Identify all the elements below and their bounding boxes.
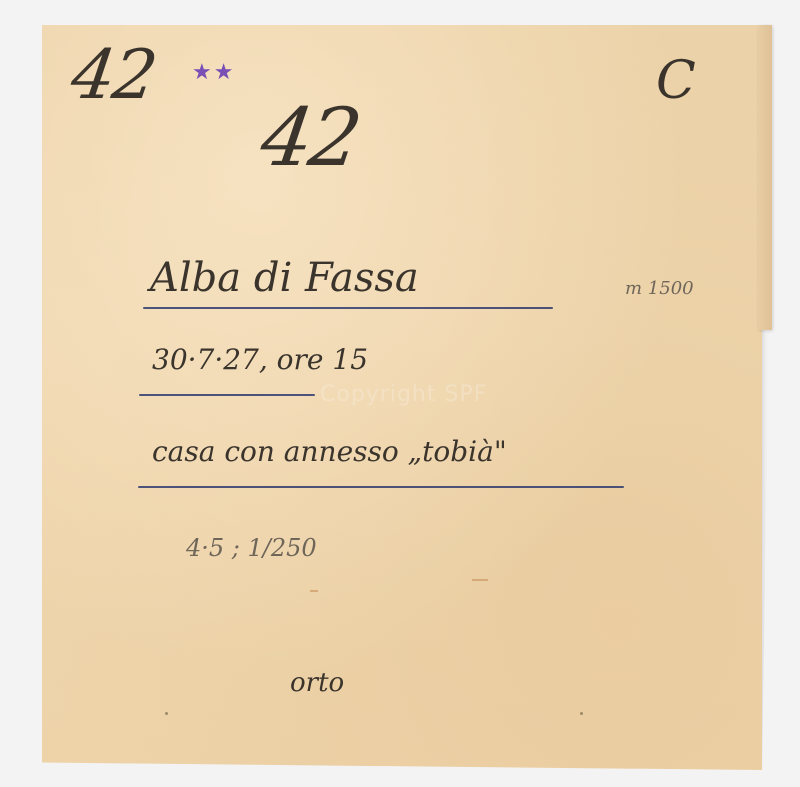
star-marks-icon: ★★ <box>192 62 235 84</box>
altitude: m 1500 <box>625 280 694 298</box>
watermark: Copyright SPF <box>320 382 487 407</box>
description-underline <box>138 486 624 488</box>
paper-speck <box>165 712 168 715</box>
place-name: Alba di Fassa <box>150 258 419 298</box>
note: orto <box>290 670 344 696</box>
exposure-settings: 4·5 ; 1/250 <box>186 536 317 560</box>
date-underline <box>139 394 315 396</box>
envelope-flap <box>758 25 772 330</box>
main-number: 42 <box>256 98 363 178</box>
place-underline <box>143 307 553 309</box>
description: casa con annesso „tobià" <box>152 438 507 466</box>
corner-letter: C <box>656 55 696 107</box>
corner-number: 42 <box>67 42 159 110</box>
paper-stain <box>472 579 488 581</box>
paper-stain <box>310 590 318 592</box>
paper-speck <box>580 712 583 715</box>
date-time: 30·7·27, ore 15 <box>152 346 368 374</box>
